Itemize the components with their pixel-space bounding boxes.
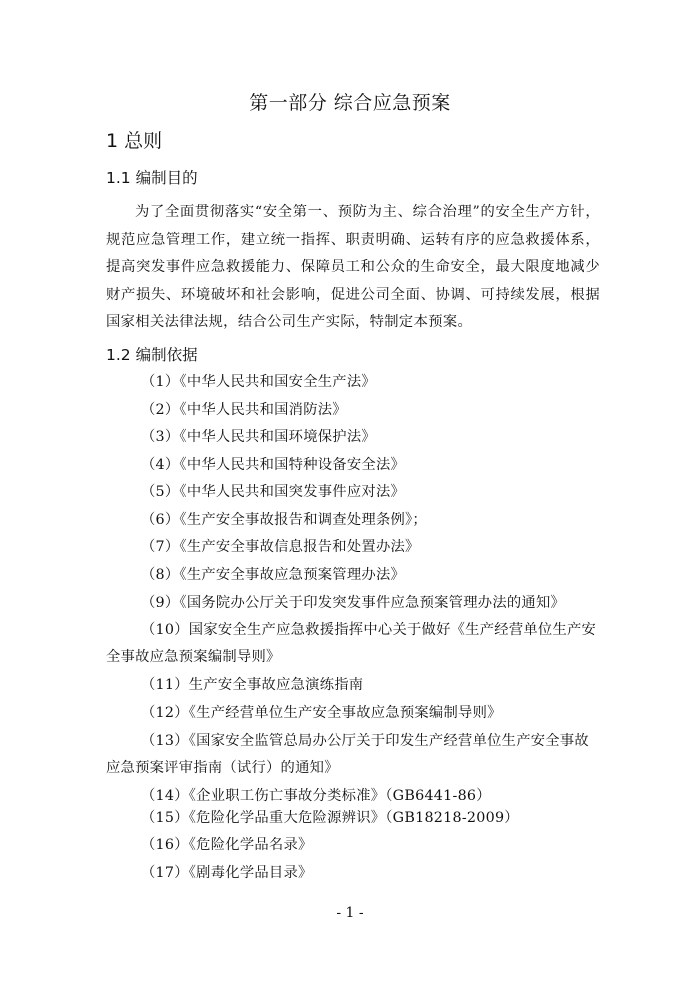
basis-item: （15）《危险化学品重大危险源辨识》（GB18218-2009）	[106, 805, 600, 832]
document-page: 第一部分 综合应急预案 1 总则 1.1 编制目的 为了全面贯彻落实“安全第一、…	[0, 0, 700, 990]
basis-item: （2）《中华人民共和国消防法》	[106, 397, 600, 424]
basis-item: （7）《生产安全事故信息报告和处置办法》	[106, 534, 600, 561]
section-heading-basis: 1.2 编制依据	[106, 343, 198, 365]
basis-item: （4）《中华人民共和国特种设备安全法》	[106, 452, 600, 479]
section-heading-general: 1 总则	[106, 126, 162, 153]
basis-item: （10）国家安全生产应急救援指挥中心关于做好《生产经营单位生产安全事故应急预案编…	[106, 617, 600, 671]
basis-item: （5）《中华人民共和国突发事件应对法》	[106, 479, 600, 506]
basis-item: （6）《生产安全事故报告和调查处理条例》；	[106, 507, 600, 534]
basis-item: （11）生产安全事故应急演练指南	[106, 672, 600, 699]
page-number: - 1 -	[0, 905, 700, 921]
section-heading-purpose: 1.1 编制目的	[106, 166, 198, 188]
basis-item: （17）《剧毒化学品目录》	[106, 860, 600, 887]
basis-item: （3）《中华人民共和国环境保护法》	[106, 424, 600, 451]
basis-item: （12）《生产经营单位生产安全事故应急预案编制导则》	[106, 700, 600, 727]
basis-item: （13）《国家安全监管总局办公厅关于印发生产经营单位生产安全事故应急预案评审指南…	[106, 728, 600, 782]
basis-item: （8）《生产安全事故应急预案管理办法》	[106, 562, 600, 589]
basis-item: （1）《中华人民共和国安全生产法》	[106, 369, 600, 396]
part-title: 第一部分 综合应急预案	[0, 88, 700, 115]
basis-item: （16）《危险化学品名录》	[106, 832, 600, 859]
basis-item: （9）《国务院办公厅关于印发突发事件应急预案管理办法的通知》	[106, 590, 600, 617]
purpose-paragraph: 为了全面贯彻落实“安全第一、预防为主、综合治理”的安全生产方针，规范应急管理工作…	[106, 199, 600, 337]
